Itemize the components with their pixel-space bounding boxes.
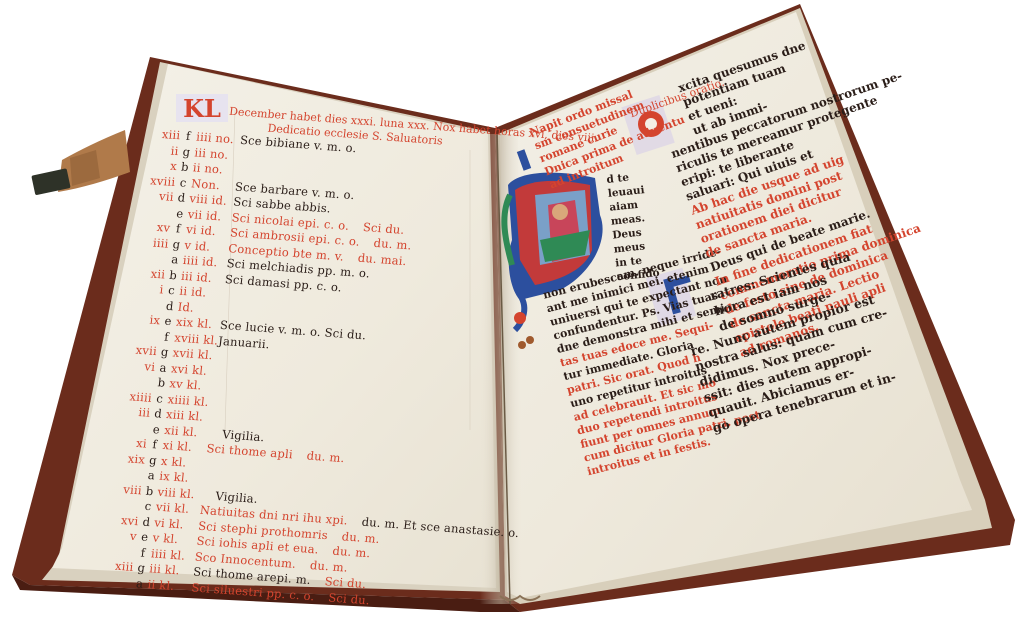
golden-number: i [129,280,164,296]
roman-day: ii no. [192,160,237,177]
roman-day: vii id. [187,207,232,224]
roman-day: iiii id. [182,253,227,270]
feast-rank: du. m. [373,236,412,253]
dominical-letter: c [163,283,180,298]
dominical-letter: c [139,498,156,513]
dominical-letter: f [170,221,187,236]
dominical-letter: f [180,128,197,143]
golden-number: xv [136,218,171,234]
dominical-letter: g [178,144,195,159]
feast-rank: Vigilia. [222,427,266,444]
golden-number: ii [144,141,179,157]
roman-day: viii id. [189,191,234,208]
dominical-letter: g [144,452,161,467]
dominical-letter: c [151,390,168,405]
roman-day: xviii kl. [174,330,219,347]
feast-rank: du. mai. [357,250,407,267]
golden-number [109,476,143,478]
golden-number [133,260,167,262]
roman-day: xvi kl. [170,361,215,378]
dominical-letter: f [134,545,151,560]
roman-day: vii kl. [155,500,200,517]
calendar-rows: xiiifiiii no.Sce bibiane v. m. o.iigiii … [97,126,596,621]
roman-day: xiii kl. [165,407,210,424]
roman-day: xi kl. [162,438,207,455]
feast-rank: Sci du. [324,574,367,591]
feast-rank: du. m. [306,448,345,465]
roman-day: xiiii kl. [167,392,212,409]
dominical-letter: c [175,175,192,190]
roman-day: iiii no. [196,130,241,147]
feast-rank: du. m. [309,558,348,575]
roman-day: v kl. [152,530,197,547]
feast-rank: du. m. [341,529,380,546]
clasp-strap [31,130,130,195]
roman-day: iiii kl. [150,546,195,563]
golden-number: xvi [104,511,139,527]
roman-day: viii kl. [157,484,202,501]
golden-number: xiiii [117,388,152,404]
dominical-letter: a [143,468,160,483]
dominical-letter: a [131,575,148,590]
golden-number: xix [111,450,146,466]
golden-number [101,553,135,555]
dominical-letter: g [156,344,173,359]
roman-day: xvii kl. [172,345,217,362]
dominical-letter: b [165,267,182,282]
dominical-letter: g [168,236,185,251]
golden-number: xiii [146,126,181,142]
golden-number [128,306,162,308]
roman-day: Non. [191,176,236,193]
golden-number: xviii [141,172,176,188]
golden-number: vi [121,357,156,373]
golden-number: x [142,157,177,173]
dominical-letter: e [159,313,176,328]
dominical-letter: f [146,437,163,452]
feast-rank: Sci du. [362,219,405,236]
manuscript-photo: KL December habet dies xxxi. luna xxx. N… [0,0,1024,632]
roman-day: ii id. [179,284,224,301]
dominical-letter: d [161,298,178,313]
golden-number: v [102,527,137,543]
dominical-letter: e [171,205,188,220]
roman-day: xix kl. [175,315,220,332]
dominical-letter: a [166,252,183,267]
dominical-letter: d [138,514,155,529]
feast-rank: Sci du. [328,590,371,607]
feast-rank: du. m. [332,544,371,561]
roman-day: iii id. [180,268,225,285]
golden-number: xii [131,265,166,281]
roman-day: xv kl. [169,376,214,393]
golden-number: xiii [99,558,134,574]
roman-day: iii no. [194,145,239,162]
golden-number: xi [112,434,147,450]
roman-day: Id. [177,299,222,316]
golden-number [97,584,131,586]
golden-number [138,214,172,216]
dominical-letter: a [154,360,171,375]
golden-number [114,430,148,432]
roman-day: iii kl. [149,561,194,578]
dominical-letter: b [176,159,193,174]
roman-day: ix kl. [159,469,204,486]
roman-day: vi kl. [154,515,199,532]
golden-number: ix [126,311,161,327]
roman-day: vi id. [185,222,230,239]
golden-number: iii [116,403,151,419]
golden-number [124,337,158,339]
roman-day: xii kl. [164,422,209,439]
dominical-letter: f [158,329,175,344]
golden-number: vii [139,188,174,204]
golden-number [106,507,140,509]
feast-rank: Vigilia. [215,488,259,505]
dominical-letter: b [141,483,158,498]
dominical-letter: g [133,560,150,575]
golden-number: xvii [122,342,157,358]
left-page-calendar: December habet dies xxxi. luna xxx. Nox … [97,100,599,621]
dominical-letter: e [148,421,165,436]
dominical-letter: d [173,190,190,205]
roman-day: ii kl. [147,577,192,594]
golden-number: viii [107,480,142,496]
roman-day: x kl. [160,453,205,470]
dominical-letter: b [153,375,170,390]
golden-number: iiii [134,234,169,250]
roman-day: v id. [184,237,229,254]
dominical-letter: d [149,406,166,421]
dominical-letter: e [136,529,153,544]
golden-number [119,384,153,386]
